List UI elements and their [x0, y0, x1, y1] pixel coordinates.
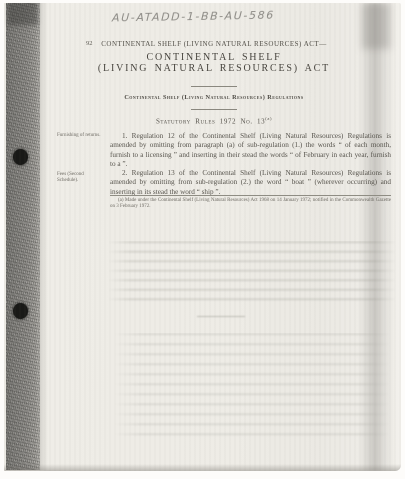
- punch-hole-bottom: [13, 303, 28, 319]
- binding-edge-strip: [6, 3, 40, 470]
- handwritten-archive-reference: AU-ATADD-1-BB-AU-586: [112, 9, 283, 25]
- document-title-line1: CONTINENTAL SHELF: [44, 53, 384, 64]
- regulations-heading: Continental Shelf (Living Natural Resour…: [64, 94, 364, 101]
- bleedthrough-text-lower: [114, 333, 390, 437]
- footnote-separator: [110, 195, 391, 196]
- document-title-line2: (LIVING NATURAL RESOURCES) ACT: [44, 64, 384, 75]
- footnote-text: (a) Made under the Continental Shelf (Li…: [110, 198, 391, 210]
- scanned-page: AU-ATADD-1-BB-AU-586 92 CONTINENTAL SHEL…: [4, 3, 401, 471]
- scanned-document-screenshot: { "document": { "archival_ref": "AU-ATAD…: [0, 0, 405, 479]
- running-head: CONTINENTAL SHELF (LIVING NATURAL RESOUR…: [64, 40, 364, 48]
- section-1-paragraph: 1. Regulation 12 of the Continental Shel…: [110, 132, 391, 170]
- document-title: CONTINENTAL SHELF (LIVING NATURAL RESOUR…: [44, 53, 384, 74]
- bleedthrough-text-upper: [108, 241, 396, 307]
- footnote-marker: (a): [265, 116, 272, 121]
- section-2-paragraph: 2. Regulation 13 of the Continental Shel…: [110, 169, 391, 197]
- divider-rule: [191, 86, 237, 87]
- statutory-rules-line: Statutory Rules 1972 No. 13(a): [64, 116, 364, 125]
- bleedthrough-divider: [197, 316, 245, 317]
- statutory-rules-text: Statutory Rules 1972 No. 13: [156, 117, 265, 125]
- gutter-shadow-top: [362, 3, 390, 49]
- margin-note-section-2: Fees (Second Schedule).: [57, 172, 105, 184]
- divider-rule: [191, 109, 237, 110]
- margin-note-section-1: Furnishing of returns.: [57, 133, 105, 139]
- punch-hole-top: [13, 149, 28, 165]
